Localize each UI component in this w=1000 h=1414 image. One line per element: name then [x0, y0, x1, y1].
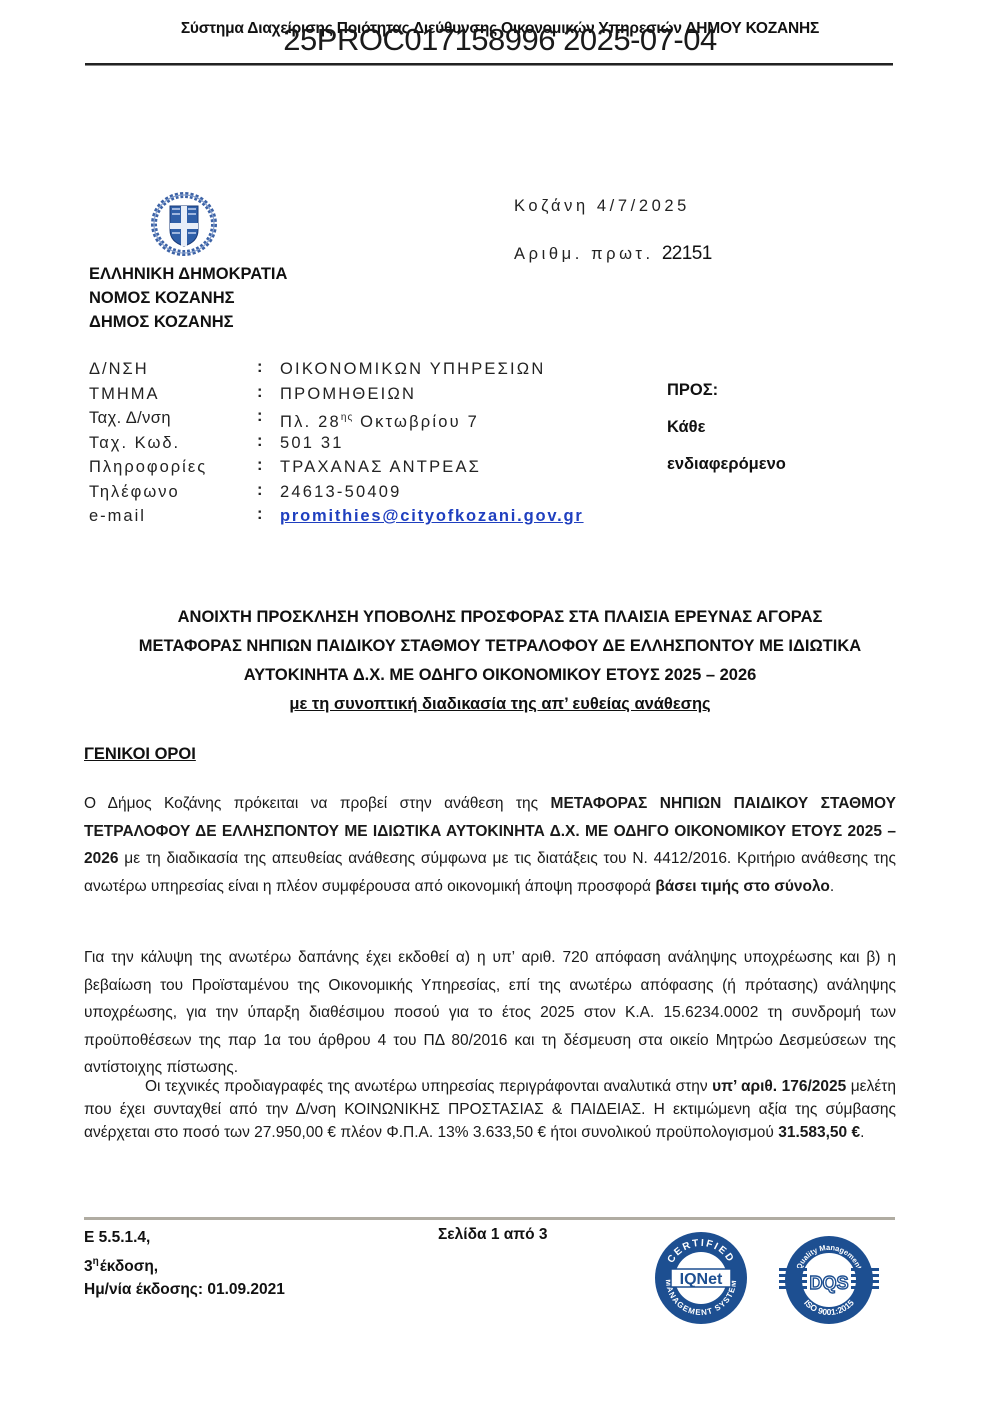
paragraph-budget-commitment: Για την κάλυψη της ανωτέρω δαπάνης έχει …: [84, 944, 896, 1082]
info-label: Ταχ. Δ/νση: [89, 406, 171, 431]
info-colon: :: [257, 478, 263, 503]
info-colon: :: [257, 380, 263, 405]
dqs-iso-9001-badge-icon: Quality Management ISO 9001:2015 DQS: [779, 1232, 879, 1328]
recipient-line: ενδιαφερόμενο: [667, 446, 786, 483]
info-colon: :: [257, 355, 263, 380]
info-value: 501 31: [280, 431, 344, 456]
title-line: ΑΝΟΙΧΤΗ ΠΡΟΣΚΛΗΣΗ ΥΠΟΒΟΛΗΣ ΠΡΟΣΦΟΡΑΣ ΣΤΑ…: [0, 603, 1000, 632]
document-date: Κοζάνη 4/7/2025: [514, 197, 690, 216]
footer-document-code: Ε 5.5.1.4, 3ηέκδοση, Ημ/νία έκδοσης: 01.…: [84, 1226, 285, 1302]
footer-issue-date: Ημ/νία έκδοσης: 01.09.2021: [84, 1278, 285, 1302]
info-value: ΟΙΚΟΝΟΜΙΚΩΝ ΥΠΗΡΕΣΙΩΝ: [280, 357, 545, 382]
info-colon: :: [257, 429, 263, 454]
document-title: ΑΝΟΙΧΤΗ ΠΡΟΣΚΛΗΣΗ ΥΠΟΒΟΛΗΣ ΠΡΟΣΦΟΡΑΣ ΣΤΑ…: [0, 603, 1000, 719]
svg-text:DQS: DQS: [809, 1273, 848, 1293]
svg-text:IQNet: IQNet: [680, 1271, 723, 1288]
info-label: Τηλέφωνο: [89, 480, 180, 505]
info-value: ΤΡΑΧΑΝΑΣ ΑΝΤΡΕΑΣ: [280, 455, 481, 480]
recipient-line: Κάθε: [667, 409, 786, 446]
greek-coat-of-arms-icon: [150, 192, 218, 256]
section-heading-general-terms: ΓΕΝΙΚΟΙ ΟΡΟΙ: [84, 745, 196, 764]
org-line-republic: ΕΛΛΗΝΙΚΗ ΔΗΜΟΚΡΑΤΙΑ: [89, 262, 287, 286]
footer-code: Ε 5.5.1.4,: [84, 1226, 285, 1250]
protocol-label: Αριθμ. πρωτ.: [514, 245, 654, 263]
info-label: Πληροφορίες: [89, 455, 207, 480]
footer-edition: 3ηέκδοση,: [84, 1250, 285, 1279]
protocol-stamp: 25PROC017158996 2025-07-04: [0, 22, 1000, 58]
info-colon: :: [257, 404, 263, 429]
info-colon: :: [257, 502, 263, 527]
recipient-label: ΠΡΟΣ:: [667, 372, 786, 409]
org-line-municipality: ΔΗΜΟΣ ΚΟΖΑΝΗΣ: [89, 310, 287, 334]
org-line-prefecture: ΝΟΜΟΣ ΚΟΖΑΝΗΣ: [89, 286, 287, 310]
recipient-block: ΠΡΟΣ: Κάθε ενδιαφερόμενο: [667, 372, 786, 483]
paragraph-award-description: Ο Δήμος Κοζάνης πρόκειται να προβεί στην…: [84, 790, 896, 900]
footer-page-number: Σελίδα 1 από 3: [438, 1226, 548, 1244]
info-value: ΠΡΟΜΗΘΕΙΩΝ: [280, 382, 416, 407]
info-label: Δ/ΝΣΗ: [89, 357, 149, 382]
protocol-number: Αριθμ. πρωτ. 22151: [514, 243, 712, 265]
header-rule: [85, 63, 893, 66]
title-subtitle: με τη συνοπτική διαδικασία της απ’ ευθεί…: [0, 690, 1000, 719]
info-colon: :: [257, 453, 263, 478]
footer-rule: [84, 1217, 895, 1220]
info-label: e-mail: [89, 504, 146, 529]
title-line: ΜΕΤΑΦΟΡΑΣ ΝΗΠΙΩΝ ΠΑΙΔΙΚΟΥ ΣΤΑΘΜΟΥ ΤΕΤΡΑΛ…: [0, 632, 1000, 661]
info-label: Ταχ. Κωδ.: [89, 431, 180, 456]
email-link[interactable]: promithies@cityofkozani.gov.gr: [280, 507, 584, 525]
info-value: 24613-50409: [280, 480, 401, 505]
issuing-organization: ΕΛΛΗΝΙΚΗ ΔΗΜΟΚΡΑΤΙΑ ΝΟΜΟΣ ΚΟΖΑΝΗΣ ΔΗΜΟΣ …: [89, 262, 287, 334]
protocol-value: 22151: [662, 243, 712, 264]
paragraph-technical-specs: Οι τεχνικές προδιαγραφές της ανωτέρω υπη…: [84, 1075, 896, 1144]
info-label: ΤΜΗΜΑ: [89, 382, 160, 407]
title-line: ΑΥΤΟΚΙΝΗΤΑ Δ.Χ. ΜΕ ΟΔΗΓΟ ΟΙΚΟΝΟΜΙΚΟΥ ΕΤΟ…: [0, 661, 1000, 690]
iqnet-certified-badge-icon: CERTIFIED MANAGEMENT SYSTEM IQNet: [653, 1230, 749, 1326]
